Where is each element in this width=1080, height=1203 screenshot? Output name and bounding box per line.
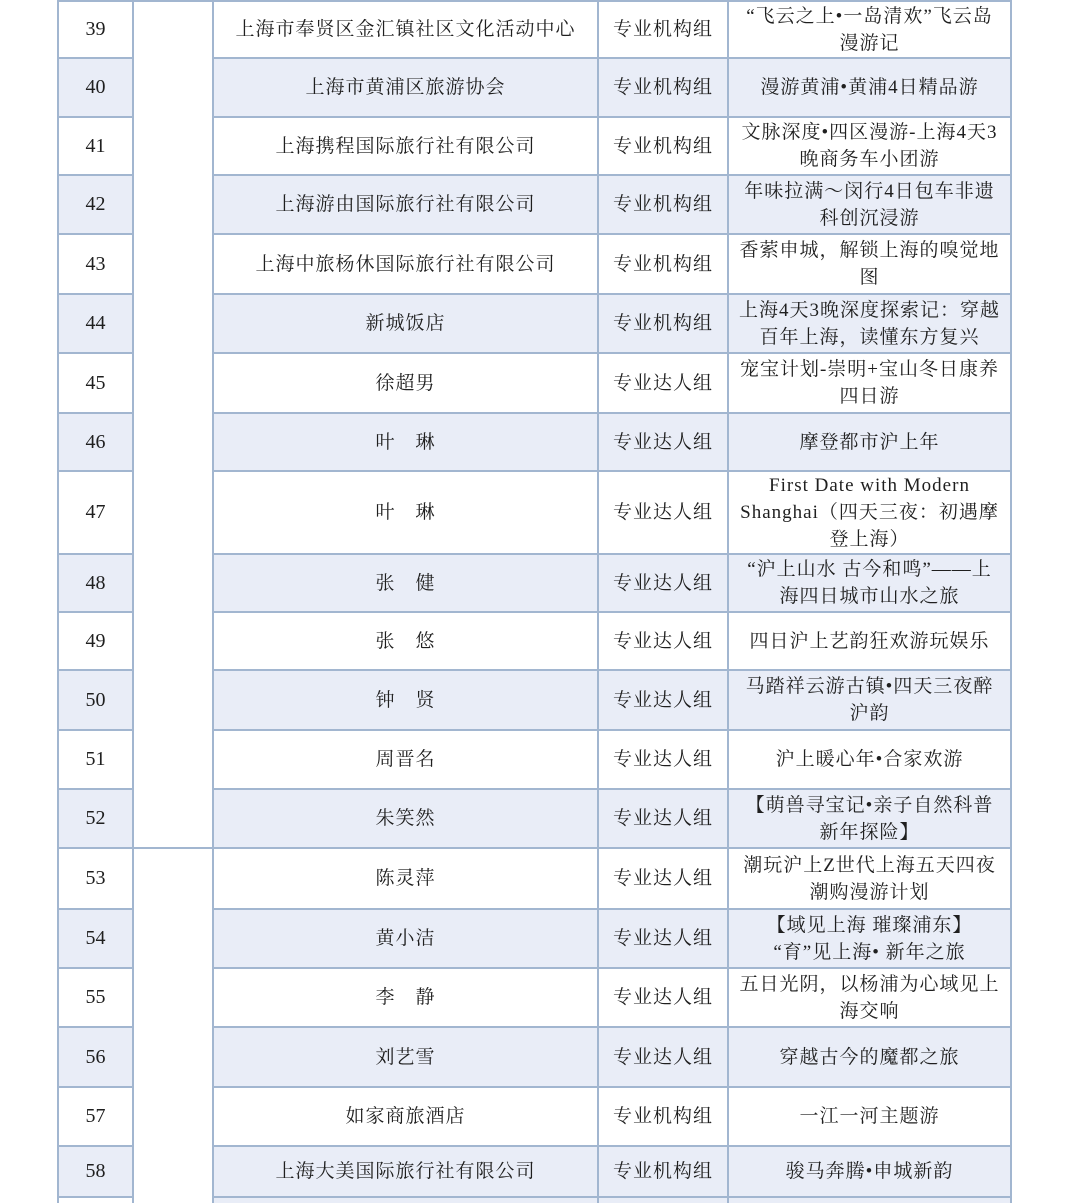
entrant-name-cell: 徐超男 — [214, 354, 599, 414]
category-cell: 专业达人组 — [599, 849, 729, 910]
category-cell: 专业机构组 — [599, 176, 729, 235]
project-name-cell: 一江一河主题游 — [729, 1088, 1012, 1147]
row-number-cell: 40 — [59, 59, 134, 118]
project-name-cell: 穿越古今的魔都之旅 — [729, 1028, 1012, 1088]
entrant-name-cell: 上海游由国际旅行社有限公司 — [214, 176, 599, 235]
entrant-name-cell: 如家商旅酒店 — [214, 1088, 599, 1147]
row-number-cell: 42 — [59, 176, 134, 235]
project-name-cell: “沪上山水 古今和鸣”——上 海四日城市山水之旅 — [729, 555, 1012, 613]
entrant-name-cell: 刘艺雪 — [214, 1028, 599, 1088]
project-name-cell: 马踏祥云游古镇•四天三夜醉 沪韵 — [729, 671, 1012, 731]
entrant-name-cell: 叶 琳 — [214, 472, 599, 555]
project-name-cell: First Date with Modern Shanghai（四天三夜：初遇摩… — [729, 472, 1012, 555]
project-name-cell: 上海4天3晚深度探索记：穿越 百年上海，读懂东方复兴 — [729, 295, 1012, 354]
entrant-name-cell: 上海中旅杨休国际旅行社有限公司 — [214, 235, 599, 295]
entrant-name-cell: 李 静 — [214, 969, 599, 1028]
row-number-cell: 54 — [59, 910, 134, 969]
entrant-name-cell: 陈灵萍 — [214, 849, 599, 910]
project-name-cell: 年味拉满～闵行4日包车非遗 科创沉浸游 — [729, 176, 1012, 235]
spacer-column-cell — [134, 2, 214, 849]
entrant-name-cell: 上海大美国际旅行社有限公司 — [214, 1147, 599, 1198]
project-name-cell: “飞云之上•一岛清欢”飞云岛 漫游记 — [729, 2, 1012, 59]
row-number-cell: 48 — [59, 555, 134, 613]
entrant-name-cell: 新城饭店 — [214, 295, 599, 354]
category-cell: 专业达人组 — [599, 790, 729, 849]
spacer-column-cell — [134, 849, 214, 1203]
row-number-cell: 43 — [59, 235, 134, 295]
row-number-cell: 57 — [59, 1088, 134, 1147]
partial-name-cell — [214, 1198, 599, 1203]
category-cell: 专业机构组 — [599, 1147, 729, 1198]
project-name-cell: 香萦申城，解锁上海的嗅觉地 图 — [729, 235, 1012, 295]
category-cell: 专业达人组 — [599, 555, 729, 613]
category-cell: 专业机构组 — [599, 59, 729, 118]
entrant-name-cell: 张 健 — [214, 555, 599, 613]
category-cell: 专业达人组 — [599, 1028, 729, 1088]
project-name-cell: 沪上暖心年•合家欢游 — [729, 731, 1012, 790]
project-name-cell: 漫游黄浦•黄浦4日精品游 — [729, 59, 1012, 118]
entrant-name-cell: 张 悠 — [214, 613, 599, 671]
category-cell: 专业达人组 — [599, 671, 729, 731]
category-cell: 专业机构组 — [599, 1088, 729, 1147]
category-cell: 专业达人组 — [599, 910, 729, 969]
partial-row-number-cell — [59, 1198, 134, 1203]
category-cell: 专业达人组 — [599, 969, 729, 1028]
entrant-name-cell: 周晋名 — [214, 731, 599, 790]
row-number-cell: 47 — [59, 472, 134, 555]
category-cell: 专业达人组 — [599, 414, 729, 472]
category-cell: 专业达人组 — [599, 472, 729, 555]
category-cell: 专业机构组 — [599, 235, 729, 295]
awards-table: 39上海市奉贤区金汇镇社区文化活动中心专业机构组“飞云之上•一岛清欢”飞云岛 漫… — [57, 0, 1012, 1203]
category-cell: 专业达人组 — [599, 613, 729, 671]
entrant-name-cell: 上海携程国际旅行社有限公司 — [214, 118, 599, 176]
entrant-name-cell: 上海市黄浦区旅游协会 — [214, 59, 599, 118]
category-cell: 专业达人组 — [599, 731, 729, 790]
category-cell: 专业达人组 — [599, 354, 729, 414]
row-number-cell: 51 — [59, 731, 134, 790]
project-name-cell: 文脉深度•四区漫游-上海4天3 晚商务车小团游 — [729, 118, 1012, 176]
row-number-cell: 46 — [59, 414, 134, 472]
project-name-cell: 【萌兽寻宝记•亲子自然科普 新年探险】 — [729, 790, 1012, 849]
row-number-cell: 49 — [59, 613, 134, 671]
row-number-cell: 58 — [59, 1147, 134, 1198]
project-name-cell: 【域见上海 璀璨浦东】 “育”见上海• 新年之旅 — [729, 910, 1012, 969]
entrant-name-cell: 朱笑然 — [214, 790, 599, 849]
row-number-cell: 52 — [59, 790, 134, 849]
entrant-name-cell: 叶 琳 — [214, 414, 599, 472]
row-number-cell: 53 — [59, 849, 134, 910]
project-name-cell: 潮玩沪上Z世代上海五天四夜 潮购漫游计划 — [729, 849, 1012, 910]
entrant-name-cell: 黄小洁 — [214, 910, 599, 969]
row-number-cell: 44 — [59, 295, 134, 354]
project-name-cell: 四日沪上艺韵狂欢游玩娱乐 — [729, 613, 1012, 671]
row-number-cell: 55 — [59, 969, 134, 1028]
project-name-cell: 骏马奔腾•申城新韵 — [729, 1147, 1012, 1198]
category-cell: 专业机构组 — [599, 118, 729, 176]
entrant-name-cell: 钟 贤 — [214, 671, 599, 731]
row-number-cell: 45 — [59, 354, 134, 414]
project-name-cell: 摩登都市沪上年 — [729, 414, 1012, 472]
row-number-cell: 50 — [59, 671, 134, 731]
row-number-cell: 41 — [59, 118, 134, 176]
category-cell: 专业机构组 — [599, 2, 729, 59]
project-name-cell: 宠宝计划-崇明+宝山冬日康养 四日游 — [729, 354, 1012, 414]
row-number-cell: 39 — [59, 2, 134, 59]
partial-project-cell — [729, 1198, 1012, 1203]
category-cell: 专业机构组 — [599, 295, 729, 354]
project-name-cell: 五日光阴，以杨浦为心域见上 海交响 — [729, 969, 1012, 1028]
row-number-cell: 56 — [59, 1028, 134, 1088]
partial-category-cell — [599, 1198, 729, 1203]
entrant-name-cell: 上海市奉贤区金汇镇社区文化活动中心 — [214, 2, 599, 59]
entry-list-page: 39上海市奉贤区金汇镇社区文化活动中心专业机构组“飞云之上•一岛清欢”飞云岛 漫… — [0, 0, 1080, 1203]
